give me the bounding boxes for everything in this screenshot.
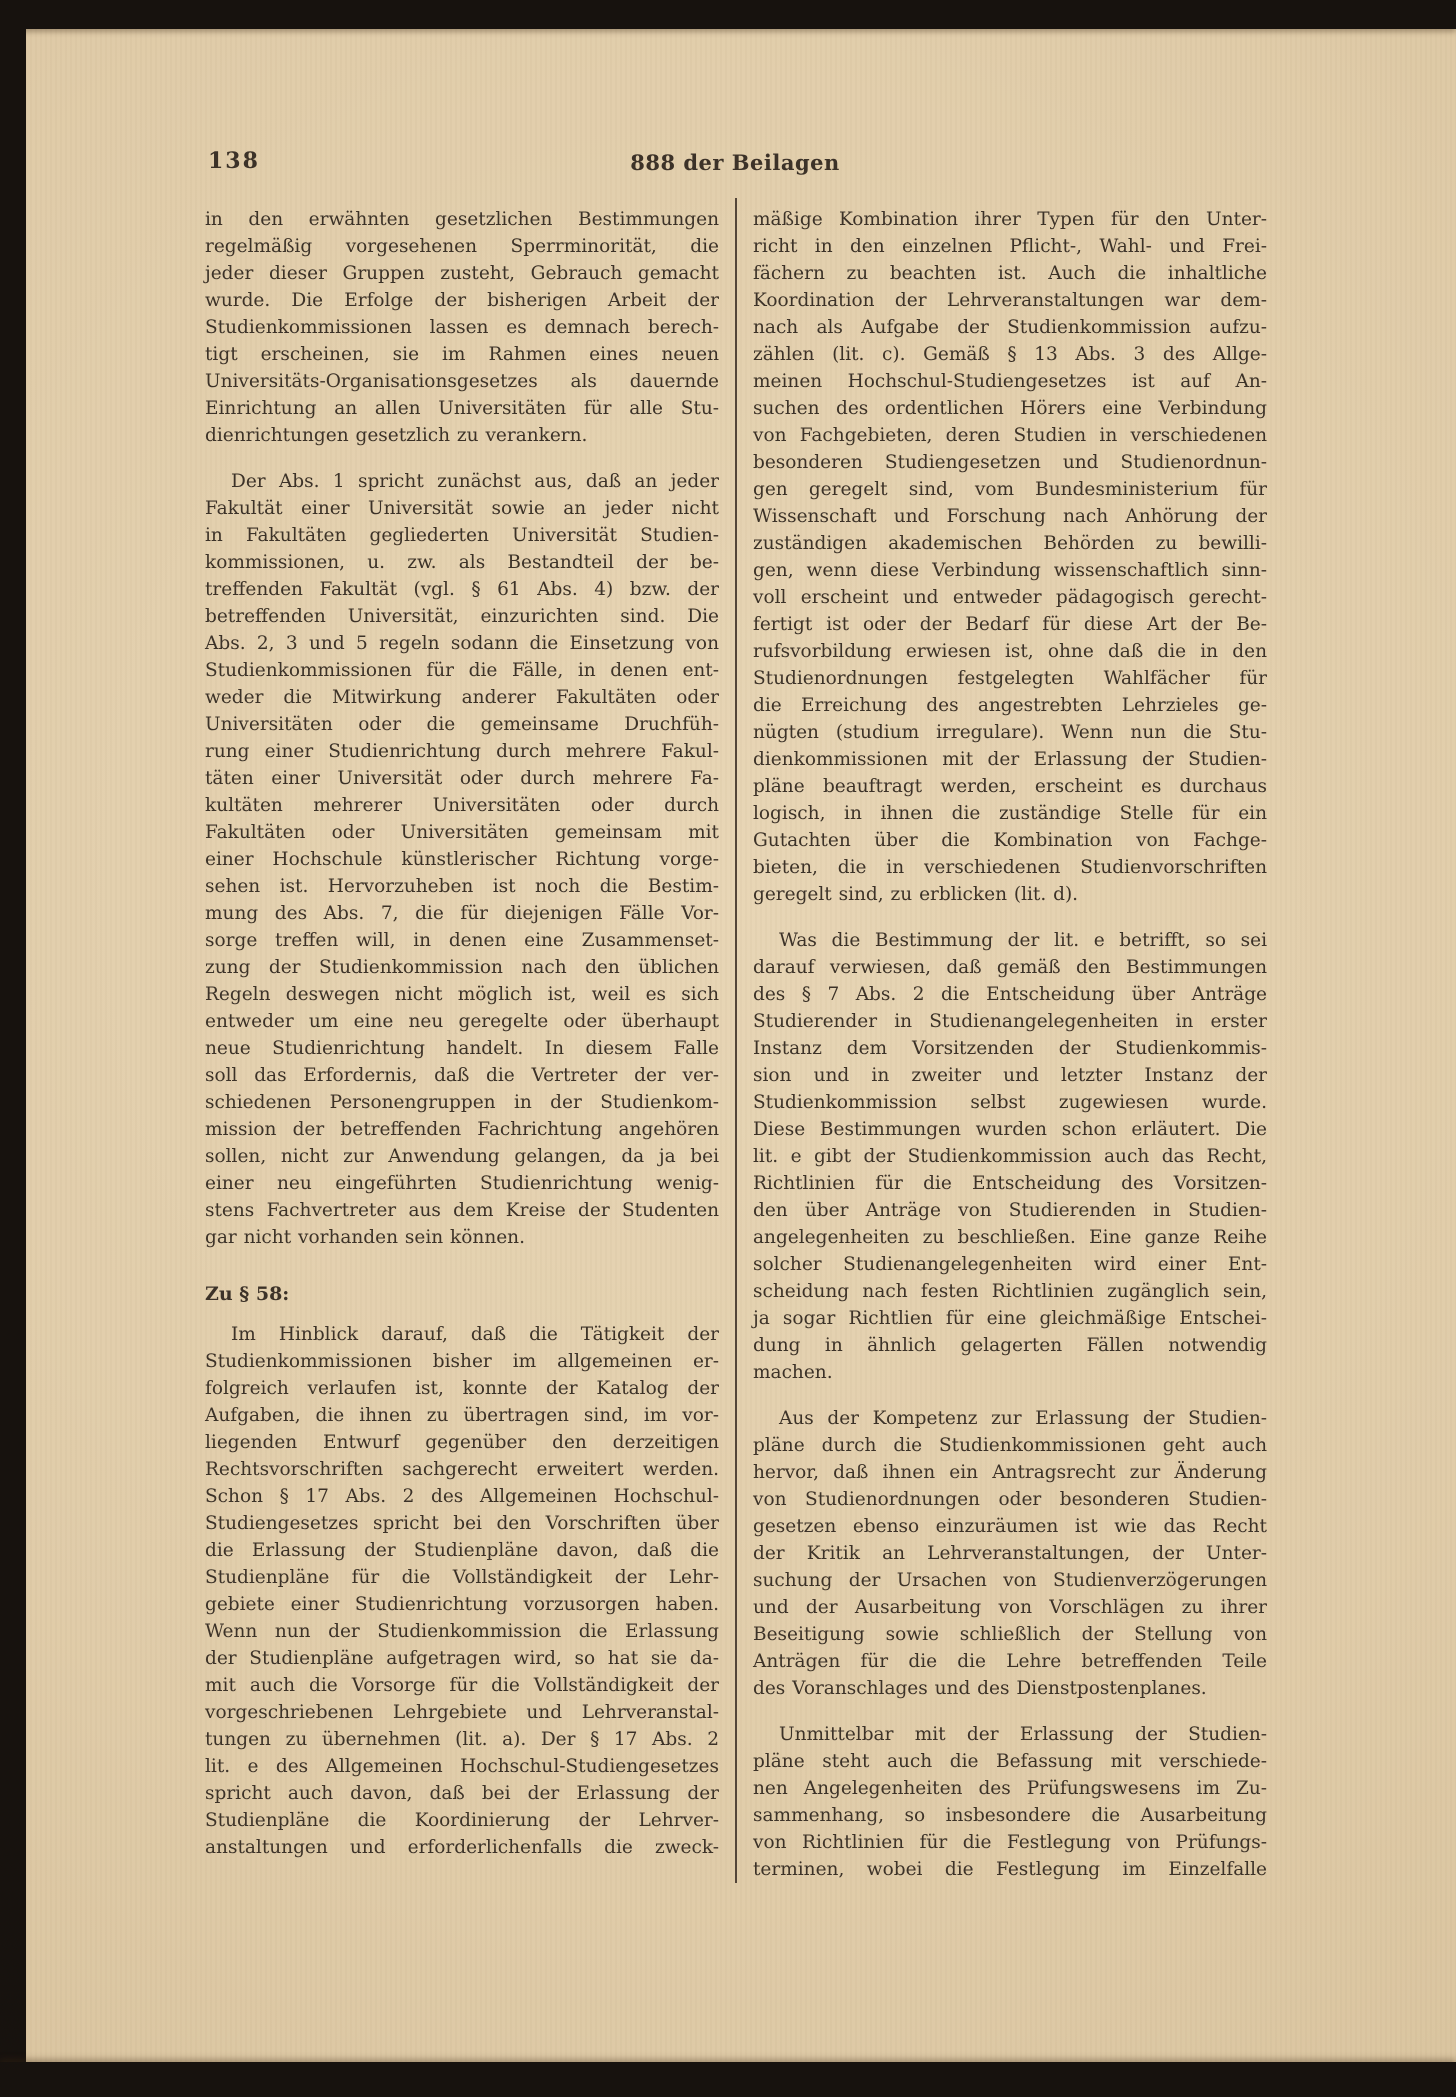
text-line: der Kritik an Lehrveranstaltungen, der U… (753, 1540, 1267, 1567)
text-line: gebiete einer Studienrichtung vorzusorge… (205, 1591, 719, 1618)
text-line: Wenn nun der Studienkommission die Erlas… (205, 1618, 719, 1645)
text-line: der Studienpläne aufgetragen wird, so ha… (205, 1645, 719, 1672)
text-line: anstaltungen und erforderlichenfalls die… (205, 1834, 719, 1861)
text-line: weder die Mitwirkung anderer Fakultäten … (205, 684, 719, 711)
text-line: voll erscheint und entweder pädagogisch … (753, 584, 1267, 611)
text-line: gar nicht vorhanden sein können. (205, 1224, 719, 1251)
paragraph: in den erwähnten gesetzlichen Bestimmung… (205, 206, 719, 449)
text-line: gen geregelt sind, vom Bundesministerium… (753, 476, 1267, 503)
text-line: Aus der Kompetenz zur Erlassung der Stud… (753, 1405, 1267, 1432)
text-line: dienrichtungen gesetzlich zu verankern. (205, 422, 719, 449)
text-line: gen, wenn diese Verbindung wissenschaftl… (753, 557, 1267, 584)
text-line: tungen zu übernehmen (lit. a). Der § 17 … (205, 1726, 719, 1753)
text-line: mäßige Kombination ihrer Typen für den U… (753, 206, 1267, 233)
section-heading: Zu § 58: (205, 1281, 719, 1308)
text-line: Was die Bestimmung der lit. e betrifft, … (753, 927, 1267, 954)
text-line: Aufgaben, die ihnen zu übertragen sind, … (205, 1402, 719, 1429)
text-line: lit. e des Allgemeinen Hochschul-Studien… (205, 1753, 719, 1780)
text-line: Im Hinblick darauf, daß die Tätigkeit de… (205, 1321, 719, 1348)
text-line: Studienpläne die Koordinierung der Lehrv… (205, 1807, 719, 1834)
text-line: besonderen Studiengesetzen und Studienor… (753, 449, 1267, 476)
text-line: Beseitigung sowie schließlich der Stellu… (753, 1621, 1267, 1648)
text-line: Studienkommissionen für die Fälle, in de… (205, 657, 719, 684)
scan-edge-left (0, 0, 26, 2097)
text-line: nach als Aufgabe der Studienkommission a… (753, 314, 1267, 341)
text-line: vorgeschriebenen Lehrgebiete und Lehrver… (205, 1699, 719, 1726)
text-line: Studiengesetzes spricht bei den Vorschri… (205, 1510, 719, 1537)
paragraph: Aus der Kompetenz zur Erlassung der Stud… (753, 1405, 1267, 1702)
text-line: sammenhang, so insbesondere die Ausarbei… (753, 1802, 1267, 1829)
document-title: 888 der Beilagen (630, 150, 840, 175)
text-line: kommissionen, u. zw. als Bestandteil der… (205, 549, 719, 576)
text-line: dung in ähnlich gelagerten Fällen notwen… (753, 1332, 1267, 1359)
text-line: suchung der Ursachen von Studienverzöger… (753, 1567, 1267, 1594)
text-line: Unmittelbar mit der Erlassung der Studie… (753, 1721, 1267, 1748)
text-line: scheidung nach festen Richtlinien zugäng… (753, 1278, 1267, 1305)
text-line: betreffenden Universität, einzurichten s… (205, 603, 719, 630)
text-line: zuständigen akademischen Behörden zu bew… (753, 530, 1267, 557)
text-line: Koordination der Lehrveranstaltungen war… (753, 287, 1267, 314)
column-left: in den erwähnten gesetzlichen Bestimmung… (205, 206, 719, 1883)
text-line: darauf verwiesen, daß gemäß den Bestimmu… (753, 954, 1267, 981)
text-line: Studienkommission selbst zugewiesen wurd… (753, 1089, 1267, 1116)
scan-edge-top (0, 0, 1456, 29)
text-line: solcher Studienangelegenheiten wird eine… (753, 1251, 1267, 1278)
text-line: des § 7 Abs. 2 die Entscheidung über Ant… (753, 981, 1267, 1008)
text-line: Der Abs. 1 spricht zunächst aus, daß an … (205, 468, 719, 495)
text-line: meinen Hochschul-Studiengesetzes ist auf… (753, 368, 1267, 395)
text-line: richt in den einzelnen Pflicht-, Wahl- u… (753, 233, 1267, 260)
text-line: suchen des ordentlichen Hörers eine Verb… (753, 395, 1267, 422)
text-line: sollen, nicht zur Anwendung gelangen, da… (205, 1143, 719, 1170)
text-line: Rechtsvorschriften sachgerecht erweitert… (205, 1456, 719, 1483)
text-line: spricht auch davon, daß bei der Erlassun… (205, 1780, 719, 1807)
text-line: zählen (lit. c). Gemäß § 13 Abs. 3 des A… (753, 341, 1267, 368)
text-line: Einrichtung an allen Universitäten für a… (205, 395, 719, 422)
text-line: von Fachgebieten, deren Studien in versc… (753, 422, 1267, 449)
text-line: sorge treffen will, in denen eine Zusamm… (205, 927, 719, 954)
text-line: machen. (753, 1359, 1267, 1386)
text-line: in den erwähnten gesetzlichen Bestimmung… (205, 206, 719, 233)
text-line: Regeln deswegen nicht möglich ist, weil … (205, 981, 719, 1008)
text-line: fertigt ist oder der Bedarf für diese Ar… (753, 611, 1267, 638)
column-divider-rule (735, 198, 737, 1883)
text-line: rufsvorbildung erwiesen ist, ohne daß di… (753, 638, 1267, 665)
scanned-page: 138 888 der Beilagen in den erwähnten ge… (0, 0, 1456, 2097)
text-line: schiedenen Personengruppen in der Studie… (205, 1089, 719, 1116)
text-line: nen Angelegenheiten des Prüfungswesens i… (753, 1775, 1267, 1802)
text-line: dienkommissionen mit der Erlassung der S… (753, 746, 1267, 773)
paragraph: Unmittelbar mit der Erlassung der Studie… (753, 1721, 1267, 1883)
paragraph: Der Abs. 1 spricht zunächst aus, daß an … (205, 468, 719, 1251)
text-line: geregelt sind, zu erblicken (lit. d). (753, 881, 1267, 908)
column-right: mäßige Kombination ihrer Typen für den U… (753, 206, 1267, 1883)
text-line: fächern zu beachten ist. Auch die inhalt… (753, 260, 1267, 287)
text-line: Schon § 17 Abs. 2 des Allgemeinen Hochsc… (205, 1483, 719, 1510)
text-line: täten einer Universität oder durch mehre… (205, 765, 719, 792)
text-line: in Fakultäten gegliederten Universität S… (205, 522, 719, 549)
text-line: jeder dieser Gruppen zusteht, Gebrauch g… (205, 260, 719, 287)
text-line: stens Fachvertreter aus dem Kreise der S… (205, 1197, 719, 1224)
text-line: sion und in zweiter und letzter Instanz … (753, 1062, 1267, 1089)
text-line: die Erreichung des angestrebten Lehrziel… (753, 692, 1267, 719)
text-line: einer neu eingeführten Studienrichtung w… (205, 1170, 719, 1197)
text-line: entweder um eine neu geregelte oder über… (205, 1008, 719, 1035)
text-line: des Voranschlages und des Dienstpostenpl… (753, 1675, 1267, 1702)
text-line: neue Studienrichtung handelt. In diesem … (205, 1035, 719, 1062)
text-line: rung einer Studienrichtung durch mehrere… (205, 738, 719, 765)
text-line: Universitäten oder die gemeinsame Druchf… (205, 711, 719, 738)
paragraph: Im Hinblick darauf, daß die Tätigkeit de… (205, 1321, 719, 1861)
text-line: lit. e gibt der Studienkommission auch d… (753, 1143, 1267, 1170)
page-number: 138 (208, 148, 260, 174)
text-line: pläne durch die Studienkommissionen geht… (753, 1432, 1267, 1459)
text-line: Studienpläne für die Vollständigkeit der… (205, 1564, 719, 1591)
text-line: regelmäßig vorgesehenen Sperrminorität, … (205, 233, 719, 260)
text-line: Fakultäten oder Universitäten gemeinsam … (205, 819, 719, 846)
text-line: logisch, in ihnen die zuständige Stelle … (753, 800, 1267, 827)
text-line: liegenden Entwurf gegenüber den derzeiti… (205, 1429, 719, 1456)
scan-edge-bottom (0, 2062, 1456, 2097)
text-line: kultäten mehrerer Universitäten oder dur… (205, 792, 719, 819)
text-line: terminen, wobei die Festlegung im Einzel… (753, 1856, 1267, 1883)
text-line: Richtlinien für die Entscheidung des Vor… (753, 1170, 1267, 1197)
text-line: und der Ausarbeitung von Vorschlägen zu … (753, 1594, 1267, 1621)
text-line: zung der Studienkommission nach den übli… (205, 954, 719, 981)
paragraph: mäßige Kombination ihrer Typen für den U… (753, 206, 1267, 908)
text-line: Gutachten über die Kombination von Fachg… (753, 827, 1267, 854)
text-line: ja sogar Richtlien für eine gleichmäßige… (753, 1305, 1267, 1332)
text-line: Studienkommissionen lassen es demnach be… (205, 314, 719, 341)
text-line: mung des Abs. 7, die für diejenigen Fäll… (205, 900, 719, 927)
text-line: pläne steht auch die Befassung mit versc… (753, 1748, 1267, 1775)
text-line: von Richtlinien für die Festlegung von P… (753, 1829, 1267, 1856)
text-line: Fakultät einer Universität sowie an jede… (205, 495, 719, 522)
text-line: sehen ist. Hervorzuheben ist noch die Be… (205, 873, 719, 900)
text-line: die Erlassung der Studienpläne davon, da… (205, 1537, 719, 1564)
text-line: den über Anträge von Studierenden in Stu… (753, 1197, 1267, 1224)
text-line: wurde. Die Erfolge der bisherigen Arbeit… (205, 287, 719, 314)
text-line: pläne beauftragt werden, erscheint es du… (753, 773, 1267, 800)
text-line: Diese Bestimmungen wurden schon erläuter… (753, 1116, 1267, 1143)
text-line: Anträgen für die die Lehre betreffenden … (753, 1648, 1267, 1675)
text-line: Studienkommissionen bisher im allgemeine… (205, 1348, 719, 1375)
two-column-text-area: in den erwähnten gesetzlichen Bestimmung… (205, 206, 1269, 1883)
text-line: soll das Erfordernis, daß die Vertreter … (205, 1062, 719, 1089)
text-line: tigt erscheinen, sie im Rahmen eines neu… (205, 341, 719, 368)
text-line: Studienordnungen festgelegten Wahlfächer… (753, 665, 1267, 692)
text-line: nügten (studium irregulare). Wenn nun di… (753, 719, 1267, 746)
text-line: hervor, daß ihnen ein Antragsrecht zur Ä… (753, 1459, 1267, 1486)
text-line: Abs. 2, 3 und 5 regeln sodann die Einset… (205, 630, 719, 657)
text-line: Wissenschaft und Forschung nach Anhörung… (753, 503, 1267, 530)
paragraph: Was die Bestimmung der lit. e betrifft, … (753, 927, 1267, 1386)
text-line: einer Hochschule künstlerischer Richtung… (205, 846, 719, 873)
text-line: Studierender in Studienangelegenheiten i… (753, 1008, 1267, 1035)
text-line: gesetzen ebenso einzuräumen ist wie das … (753, 1513, 1267, 1540)
text-line: bieten, die in verschiedenen Studienvors… (753, 854, 1267, 881)
text-line: mit auch die Vorsorge für die Vollständi… (205, 1672, 719, 1699)
text-line: angelegenheiten zu beschließen. Eine gan… (753, 1224, 1267, 1251)
text-line: mission der betreffenden Fachrichtung an… (205, 1116, 719, 1143)
text-line: von Studienordnungen oder besonderen Stu… (753, 1486, 1267, 1513)
text-line: treffenden Fakultät (vgl. § 61 Abs. 4) b… (205, 576, 719, 603)
text-line: Instanz dem Vorsitzenden der Studienkomm… (753, 1035, 1267, 1062)
text-line: folgreich verlaufen ist, konnte der Kata… (205, 1375, 719, 1402)
text-line: Universitäts-Organisationsgesetzes als d… (205, 368, 719, 395)
